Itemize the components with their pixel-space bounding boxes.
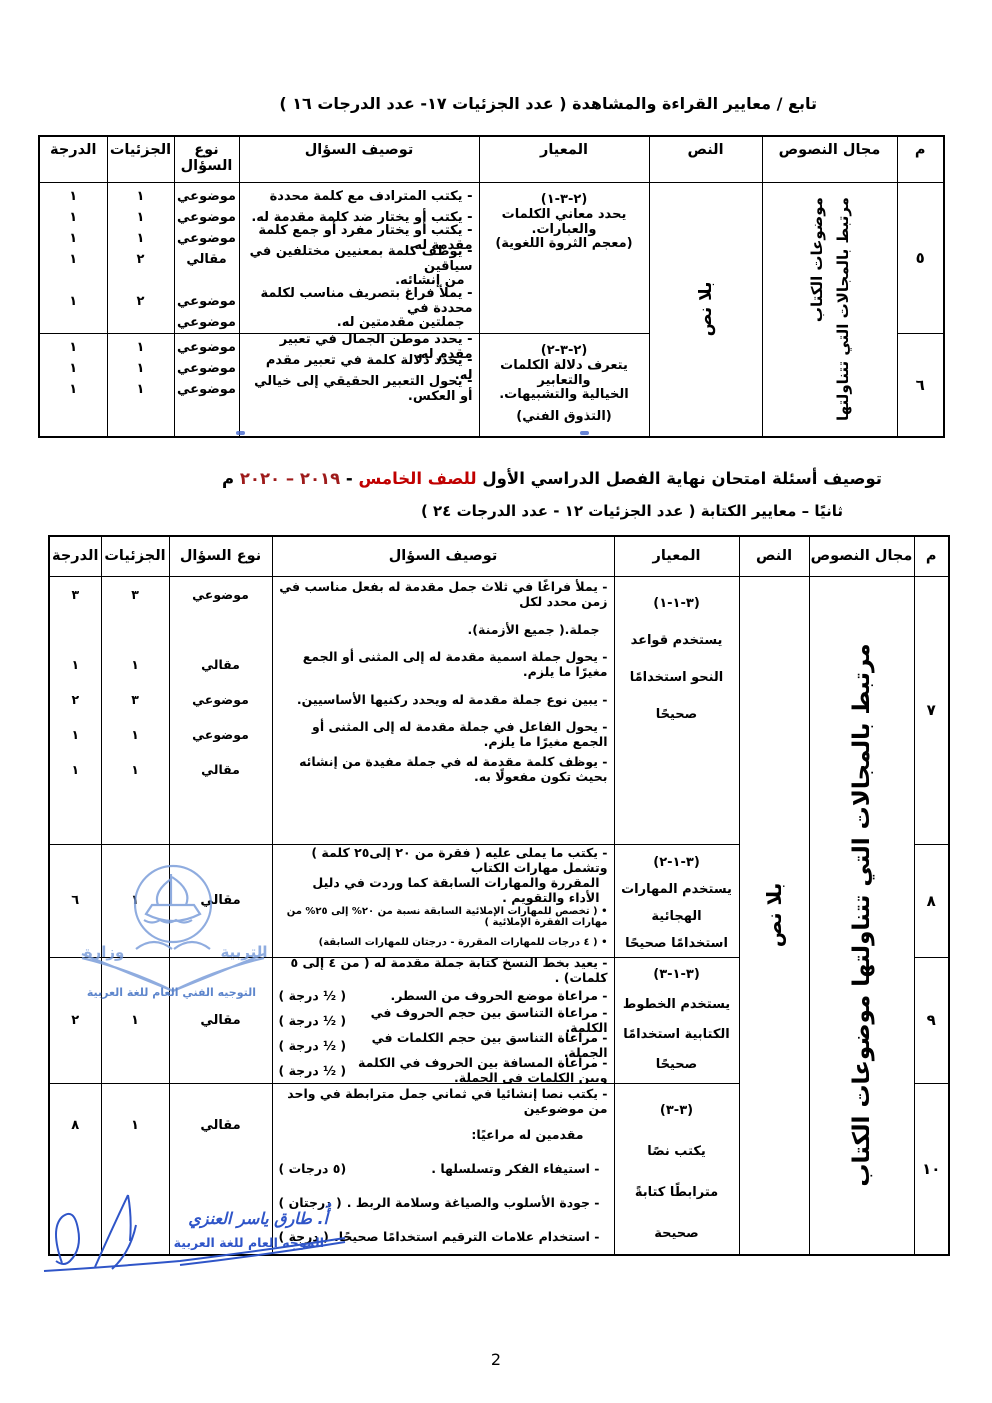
- exam-title-grade: للصف الخامس: [359, 469, 477, 488]
- standard-cell: (٢-٣-١) يحدد معاني الكلمات والعبارات. (م…: [479, 182, 649, 333]
- standard-line: الهجائية: [615, 903, 739, 930]
- grade-value: [50, 612, 101, 647]
- score-label: ( ½ درجة ): [279, 1038, 347, 1053]
- grade-value: ١: [40, 291, 107, 312]
- type-value: مقالي: [175, 249, 239, 270]
- desc-text: - استيفاء الفكر وتسلسلها .: [431, 1161, 599, 1176]
- desc-line: - يحول جملة اسمية مقدمة له إلى المثنى أو…: [273, 647, 614, 682]
- grade-value: ١: [50, 717, 101, 752]
- header-grade: الدرجة: [49, 536, 101, 576]
- standard-code: (٣-١-٢): [615, 849, 739, 876]
- parts-value: ١: [102, 717, 169, 752]
- standard-line: صحيحًا: [615, 696, 739, 733]
- grade-cell: ١ ١ ١: [39, 333, 107, 437]
- parts-value: ١: [108, 228, 174, 249]
- no-text-label: بلا نص: [762, 883, 786, 947]
- standard-line: يتعرف دلالة الكلمات والتعابير: [480, 362, 649, 384]
- dhow-sails-icon: [157, 874, 187, 905]
- question-type-cell: موضوعي مقالي موضوعي موضوعي مقالي: [169, 576, 272, 844]
- standard-line: الخيالية والتشبيهات.: [480, 384, 649, 406]
- exam-title-suffix: م: [222, 469, 234, 488]
- texts-domain-vertical: مرتبط بالمجالات التي تتناولتها موضوعات ا…: [849, 643, 875, 1186]
- type-value: موضوعي: [175, 379, 239, 400]
- parts-cell: ١ ١ ١: [107, 333, 174, 437]
- standard-line: (التذوق الفني): [480, 406, 649, 428]
- header-parts: الجزئيات: [107, 136, 174, 182]
- header-qtype-line2: السؤال: [175, 158, 239, 174]
- standard-line: (معجم الثروة اللغوية): [480, 233, 649, 255]
- parts-value: ١: [108, 186, 174, 207]
- type-value: موضوعي: [170, 682, 272, 717]
- signature-scribble-icon: [40, 1183, 350, 1278]
- supervisor-name: أُ. طارق ياسر العنزي: [188, 1209, 328, 1228]
- standard-cell: (٢-٣-٢) يتعرف دلالة الكلمات والتعابير ال…: [479, 333, 649, 437]
- standard-code: (٣-١-١): [615, 585, 739, 622]
- texts-domain-cell: موضوعات الكتاب مرتبط بالمجالات التي تتنا…: [762, 182, 897, 437]
- grade-value: ٨: [50, 1118, 101, 1133]
- score-label: ( ½ درجة ): [279, 1013, 347, 1028]
- parts-cell: ٣ ١ ٣ ١ ١: [101, 576, 169, 844]
- row-number: ١٠: [914, 1083, 949, 1255]
- parts-value: [108, 312, 174, 333]
- type-value: موضوعي: [175, 228, 239, 249]
- type-value: مقالي: [170, 752, 272, 787]
- header-qtype: نوع السؤال: [169, 536, 272, 576]
- grade-value: ١: [50, 752, 101, 787]
- desc-line: - يبين نوع جملة مقدمة له ويحدد ركنيها ال…: [273, 682, 614, 717]
- ink-speck: [236, 431, 245, 435]
- question-desc-cell: - يملأ فراغًا في ثلاث جمل مقدمة له بفعل …: [272, 576, 614, 844]
- stamp-ministry-word-right: التربية: [220, 943, 267, 961]
- grade-value: [40, 270, 107, 291]
- signature-block: أُ. طارق ياسر العنزي الموجه العام للغة ا…: [40, 1183, 350, 1283]
- desc-line: - يكتب المترادف مع كلمة محددة: [240, 186, 479, 207]
- parts-value: ٢: [108, 249, 174, 270]
- standard-line: الكتابية استخدامًا: [615, 1020, 739, 1050]
- parts-value: ٣: [102, 577, 169, 612]
- question-desc-cell: - يعيد بخط النسخ كتابة جملة مقدمة له ( م…: [272, 957, 614, 1083]
- score-label: (٥ درجات ): [279, 1161, 347, 1176]
- header-desc: توصيف السؤال: [272, 536, 614, 576]
- header-qtype: نوع السؤال: [174, 136, 239, 182]
- header-m: م: [897, 136, 944, 182]
- page-number: 2: [0, 1350, 992, 1369]
- type-value: موضوعي: [170, 717, 272, 752]
- parts-cell: ١ ١ ١ ٢ ٢: [107, 182, 174, 333]
- desc-line: - يحول الفاعل في جملة مقدمة له إلى المثن…: [273, 717, 614, 752]
- ink-speck: [580, 431, 589, 435]
- question-type-cell: موضوعي موضوعي موضوعي: [174, 333, 239, 437]
- row-number: ٧: [914, 576, 949, 844]
- desc-text: - جودة الأسلوب والصياغة وسلامة الربط .: [347, 1195, 600, 1210]
- standard-line: يستخدم المهارات: [615, 876, 739, 903]
- desc-text: - استخدام علامات الترقيم استخدامًا صحيحً…: [334, 1229, 600, 1244]
- parts-value: [102, 612, 169, 647]
- desc-line: - يكتب نصا إنشائيا في ثماني جمل مترابطة …: [273, 1084, 614, 1118]
- desc-line: - يملأ فراغًا في ثلاث جمل مقدمة له بفعل …: [273, 577, 614, 612]
- desc-line: • ( ٤ درجات للمهارات المقررة - درجتان لل…: [273, 930, 614, 955]
- score-label: ( ½ درجة ): [279, 988, 347, 1003]
- dhow-hull-icon: [146, 905, 200, 921]
- standard-cell: (٣-١-١) يستخدم قواعد النحو استخدامًا صحي…: [614, 576, 739, 844]
- grade-cell: ١ ١ ١ ١ ١: [39, 182, 107, 333]
- standard-cell: (٣-٣) يكتب نصًا مترابطًا كتابةً صحيحة: [614, 1083, 739, 1255]
- header-grade: الدرجة: [39, 136, 107, 182]
- header-desc: توصيف السؤال: [239, 136, 479, 182]
- desc-line: - يكتب ما يملى عليه ( فقرة من ٢٠ إلى٢٥ ك…: [273, 845, 614, 875]
- parts-value: ١: [108, 207, 174, 228]
- standard-line: صحيحًا: [615, 1050, 739, 1080]
- parts-value: ١: [102, 752, 169, 787]
- no-text-label: بلا نص: [696, 282, 716, 337]
- question-type-cell: موضوعي موضوعي موضوعي مقالي موضوعي موضوعي: [174, 182, 239, 333]
- grade-value: ١: [40, 249, 107, 270]
- type-value: موضوعي: [175, 312, 239, 333]
- standard-line: يستخدم الخطوط: [615, 990, 739, 1020]
- standard-line: النحو استخدامًا: [615, 659, 739, 696]
- desc-line: - يوظف كلمة بمعنيين مختلفين في سياقين: [240, 249, 479, 270]
- type-value: مقالي: [170, 1013, 272, 1028]
- desc-line: مقدمين له مراعيًا:: [273, 1118, 614, 1152]
- desc-line: - استيفاء الفكر وتسلسلها . (٥ درجات ): [273, 1152, 614, 1186]
- standard-cell: (٣-١-٣) يستخدم الخطوط الكتابية استخدامًا…: [614, 957, 739, 1083]
- desc-line: جملة.( جميع الأزمنة).: [273, 612, 614, 647]
- desc-line: • ( تخصص للمهارات الإملائية السابقة نسبة…: [273, 905, 614, 930]
- grade-value: ٢: [50, 1013, 101, 1028]
- desc-text: - مراعاة موضع الحروف من السطر.: [391, 988, 608, 1003]
- stamp-ministry-word-left: وزارة: [84, 943, 125, 961]
- grade-value: ١: [40, 186, 107, 207]
- parts-value: ١: [108, 379, 174, 400]
- texts-domain-line1: مرتبط بالمجالات التي تتناولتها: [830, 197, 856, 421]
- parts-value: ١: [102, 647, 169, 682]
- parts-value: ٣: [102, 682, 169, 717]
- reading-standards-table: م مجال النصوص النص المعيار توصيف السؤال …: [38, 135, 945, 438]
- grade-cell: ٣ ١ ٢ ١ ١: [49, 576, 101, 844]
- writing-standards-heading: ثانيًا – معايير الكتابة ( عدد الجزئيات ١…: [421, 502, 843, 520]
- parts-value: ٢: [108, 291, 174, 312]
- standard-line: مترابطًا كتابةً: [615, 1172, 739, 1213]
- parts-value: ١: [108, 358, 174, 379]
- header-parts: الجزئيات: [101, 536, 169, 576]
- score-label: ( ½ درجة ): [279, 1063, 347, 1078]
- standard-code: (٣-٣): [615, 1090, 739, 1131]
- standard-code: (٣-١-٣): [615, 960, 739, 990]
- type-value: [175, 270, 239, 291]
- header-domain: مجال النصوص: [762, 136, 897, 182]
- header-m: م: [914, 536, 949, 576]
- row-number: ٦: [897, 333, 944, 437]
- question-desc-cell: - يكتب ما يملى عليه ( فقرة من ٢٠ إلى٢٥ ك…: [272, 844, 614, 957]
- text-cell: بلا نص: [649, 182, 762, 437]
- grade-value: ١: [40, 337, 107, 358]
- exam-title-years: ٢٠١٩ – ٢٠٢٠: [240, 469, 340, 488]
- header-standard: المعيار: [614, 536, 739, 576]
- texts-domain-cell: مرتبط بالمجالات التي تتناولتها موضوعات ا…: [809, 576, 914, 1255]
- desc-line: - يوظف كلمة مقدمة له في جملة مفيدة من إن…: [273, 752, 614, 787]
- row-number: ٥: [897, 182, 944, 333]
- exam-title: توصيف أسئلة امتحان نهاية الفصل الدراسي ا…: [222, 469, 882, 488]
- stamp-emblem: [82, 866, 264, 991]
- grade-value: ١: [40, 358, 107, 379]
- parts-value: ١: [108, 337, 174, 358]
- standard-line: يحدد معاني الكلمات والعبارات.: [480, 211, 649, 233]
- parts-value: ١: [102, 1118, 169, 1133]
- type-value: موضوعي: [175, 337, 239, 358]
- question-desc-cell: - يحدد موطن الجمال في تعبير مقدم له. - ي…: [239, 333, 479, 437]
- desc-line: - مراعاة المسافة بين الحروف في الكلمة وب…: [273, 1058, 614, 1083]
- grade-value: ٢: [50, 682, 101, 717]
- grade-value: ١: [40, 379, 107, 400]
- row-number: ٨: [914, 844, 949, 957]
- exam-title-black: توصيف أسئلة امتحان نهاية الفصل الدراسي ا…: [482, 469, 882, 488]
- row-number: ٩: [914, 957, 949, 1083]
- type-value: مقالي: [170, 1118, 272, 1133]
- type-value: موضوعي: [170, 577, 272, 612]
- grade-value: [40, 312, 107, 333]
- reading-standards-heading: تابع / معايير القراءة والمشاهدة ( عدد ال…: [279, 94, 817, 113]
- texts-domain-vertical: موضوعات الكتاب مرتبط بالمجالات التي تتنا…: [804, 197, 856, 421]
- standard-cell: (٣-١-٢) يستخدم المهارات الهجائية استخدام…: [614, 844, 739, 957]
- type-value: موضوعي: [175, 207, 239, 228]
- header-standard: المعيار: [479, 136, 649, 182]
- desc-line: - مراعاة موضع الحروف من السطر. ( ½ درجة …: [273, 983, 614, 1008]
- text-cell: بلا نص: [739, 576, 809, 1255]
- type-value: موضوعي: [175, 186, 239, 207]
- standard-line: صحيحة: [615, 1213, 739, 1254]
- supervisor-title: الموجه العام للغة العربية: [174, 1235, 324, 1250]
- header-text: النص: [739, 536, 809, 576]
- type-value: موضوعي: [175, 358, 239, 379]
- desc-line: - مراعاة التناسق بين حجم الحروف في الكلم…: [273, 1008, 614, 1033]
- grade-value: ١: [50, 647, 101, 682]
- standard-line: يستخدم قواعد: [615, 622, 739, 659]
- question-desc-cell: - يكتب المترادف مع كلمة محددة - يكتب أو …: [239, 182, 479, 333]
- header-text: النص: [649, 136, 762, 182]
- standard-line: استخدامًا صحيحًا: [615, 930, 739, 957]
- grade-value: ٣: [50, 577, 101, 612]
- type-value: [170, 612, 272, 647]
- exam-title-sep: -: [346, 469, 353, 488]
- parts-value: ١: [102, 1013, 169, 1028]
- header-qtype-line1: نوع: [175, 142, 239, 158]
- type-value: موضوعي: [175, 291, 239, 312]
- desc-line: - مراعاة التناسق بين حجم الكلمات في الجم…: [273, 1033, 614, 1058]
- header-domain: مجال النصوص: [809, 536, 914, 576]
- document-page: تابع / معايير القراءة والمشاهدة ( عدد ال…: [0, 0, 992, 1403]
- desc-text: - مراعاة المسافة بين الحروف في الكلمة وب…: [346, 1055, 607, 1083]
- parts-value: [108, 270, 174, 291]
- type-value: مقالي: [170, 647, 272, 682]
- desc-line: - يعيد بخط النسخ كتابة جملة مقدمة له ( م…: [273, 958, 614, 983]
- standard-line: يكتب نصًا: [615, 1131, 739, 1172]
- grade-value: ١: [40, 228, 107, 249]
- stamp-department: التوجيه الفني العام للغة العربية: [96, 986, 256, 999]
- desc-line: المقررة والمهارات السابقة كما وردت في دل…: [273, 875, 614, 905]
- desc-line: - يحول التعبير الحقيقي إلى خيالي أو العك…: [240, 379, 479, 400]
- desc-line: - يملأ فراغ بتصريف مناسب لكلمة محددة في: [240, 291, 479, 312]
- texts-domain-line2: موضوعات الكتاب: [804, 197, 830, 421]
- grade-value: ١: [40, 207, 107, 228]
